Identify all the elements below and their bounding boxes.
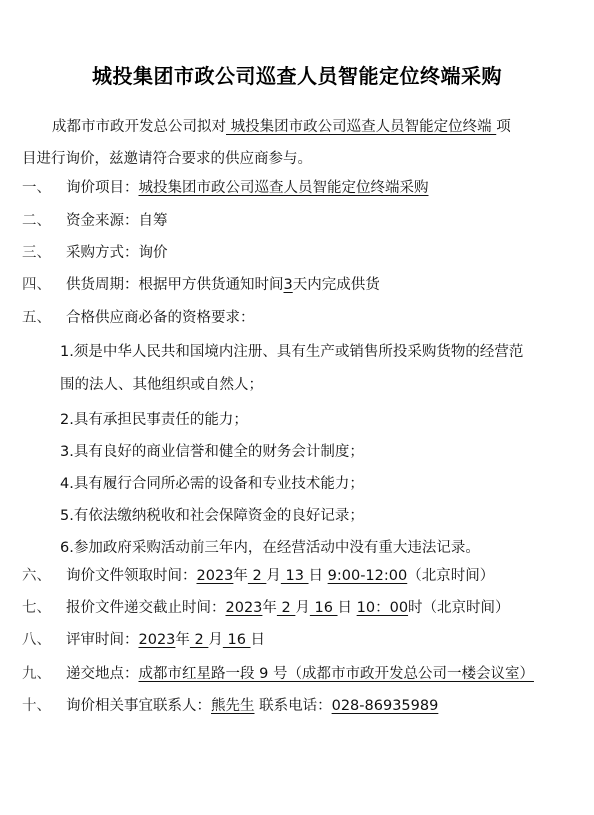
day: 16	[310, 600, 338, 616]
section-3: 三、采购方式：询价	[22, 243, 168, 263]
section-number: 六、	[22, 566, 66, 586]
section-label: 询价相关事宜联系人：	[66, 698, 211, 714]
requirement-6: 6.参加政府采购活动前三年内，在经营活动中没有重大违法记录。	[60, 538, 480, 558]
month: 2	[190, 632, 208, 648]
section-7: 七、报价文件递交截止时间：2023年 2 月 16 日 10：00时（北京时间）	[22, 598, 510, 618]
method-value: 询价	[139, 245, 168, 261]
section-label: 评审时间：	[66, 632, 139, 648]
supply-prefix: 根据甲方供货通知时间	[139, 277, 284, 293]
month: 2	[277, 600, 295, 616]
section-number: 二、	[22, 211, 66, 231]
section-label: 询价项目：	[66, 180, 139, 196]
section-label: 合格供应商必备的资格要求：	[66, 310, 255, 326]
section-8: 八、评审时间：2023年 2 月 16 日	[22, 630, 265, 650]
year-unit: 年	[233, 568, 248, 584]
time: 9:00-12:00	[328, 568, 408, 584]
year: 2023	[139, 632, 176, 648]
phone-label: 联系电话：	[255, 698, 332, 714]
section-6: 六、询价文件领取时间：2023年 2 月 13 日 9:00-12:00（北京时…	[22, 566, 494, 586]
section-label: 供货周期：	[66, 277, 139, 293]
contact-name: 熊先生	[211, 698, 255, 714]
hour-unit: 时	[408, 600, 423, 616]
requirement-4: 4.具有履行合同所必需的设备和专业技术能力；	[60, 474, 364, 494]
funding-value: 自筹	[139, 213, 168, 229]
section-number: 九、	[22, 664, 66, 684]
section-2: 二、资金来源：自筹	[22, 211, 168, 231]
section-number: 八、	[22, 630, 66, 650]
section-label: 报价文件递交截止时间：	[66, 600, 226, 616]
supply-suffix: 天内完成供货	[293, 277, 380, 293]
section-number: 四、	[22, 275, 66, 295]
requirement-3: 3.具有良好的商业信誉和健全的财务会计制度；	[60, 442, 364, 462]
section-label: 询价文件领取时间：	[66, 568, 197, 584]
section-number: 七、	[22, 598, 66, 618]
requirement-1b: 围的法人、其他组织或自然人；	[60, 375, 263, 395]
phone-number: 028-86935989	[332, 698, 439, 714]
supply-days: 3	[284, 277, 293, 293]
year: 2023	[226, 600, 263, 616]
requirement-5: 5.有依法缴纳税收和社会保障资金的良好记录；	[60, 506, 364, 526]
section-label: 采购方式：	[66, 245, 139, 261]
requirement-2: 2.具有承担民事责任的能力；	[60, 410, 248, 430]
year-unit: 年	[262, 600, 277, 616]
section-10: 十、询价相关事宜联系人：熊先生 联系电话：028-86935989	[22, 696, 438, 716]
day-unit: 日	[309, 568, 328, 584]
time: 10：00	[357, 600, 408, 616]
project-value: 城投集团市政公司巡查人员智能定位终端采购	[139, 180, 429, 196]
month-unit: 月	[295, 600, 310, 616]
section-number: 十、	[22, 696, 66, 716]
section-number: 三、	[22, 243, 66, 263]
year: 2023	[197, 568, 234, 584]
timezone: （北京时间）	[423, 600, 510, 616]
intro-suffix: 项	[496, 119, 511, 135]
section-1: 一、询价项目：城投集团市政公司巡查人员智能定位终端采购	[22, 178, 429, 198]
section-9: 九、递交地点：成都市红星路一段 9 号（成都市市政开发总公司一楼会议室）	[22, 664, 534, 684]
timezone: （北京时间）	[407, 568, 494, 584]
section-number: 一、	[22, 178, 66, 198]
day: 13	[281, 568, 309, 584]
month-unit: 月	[208, 632, 223, 648]
intro-line-1: 成都市市政开发总公司拟对 城投集团市政公司巡查人员智能定位终端 项	[52, 117, 511, 137]
section-label: 资金来源：	[66, 213, 139, 229]
section-number: 五、	[22, 308, 66, 328]
document-title: 城投集团市政公司巡查人员智能定位终端采购	[0, 60, 594, 89]
section-4: 四、供货周期：根据甲方供货通知时间3天内完成供货	[22, 275, 380, 295]
intro-project-name: 城投集团市政公司巡查人员智能定位终端	[226, 119, 496, 135]
section-5: 五、合格供应商必备的资格要求：	[22, 308, 255, 328]
year-unit: 年	[175, 632, 190, 648]
location-value: 成都市红星路一段 9 号（成都市市政开发总公司一楼会议室）	[139, 666, 534, 682]
requirement-1a: 1.须是中华人民共和国境内注册、具有生产或销售所投采购货物的经营范	[60, 342, 523, 362]
intro-prefix: 成都市市政开发总公司拟对	[52, 119, 226, 135]
day: 16	[223, 632, 251, 648]
section-label: 递交地点：	[66, 666, 139, 682]
day-unit: 日	[338, 600, 357, 616]
intro-line-2: 目进行询价，兹邀请符合要求的供应商参与。	[22, 149, 312, 169]
month: 2	[248, 568, 266, 584]
day-unit: 日	[251, 632, 266, 648]
month-unit: 月	[266, 568, 281, 584]
